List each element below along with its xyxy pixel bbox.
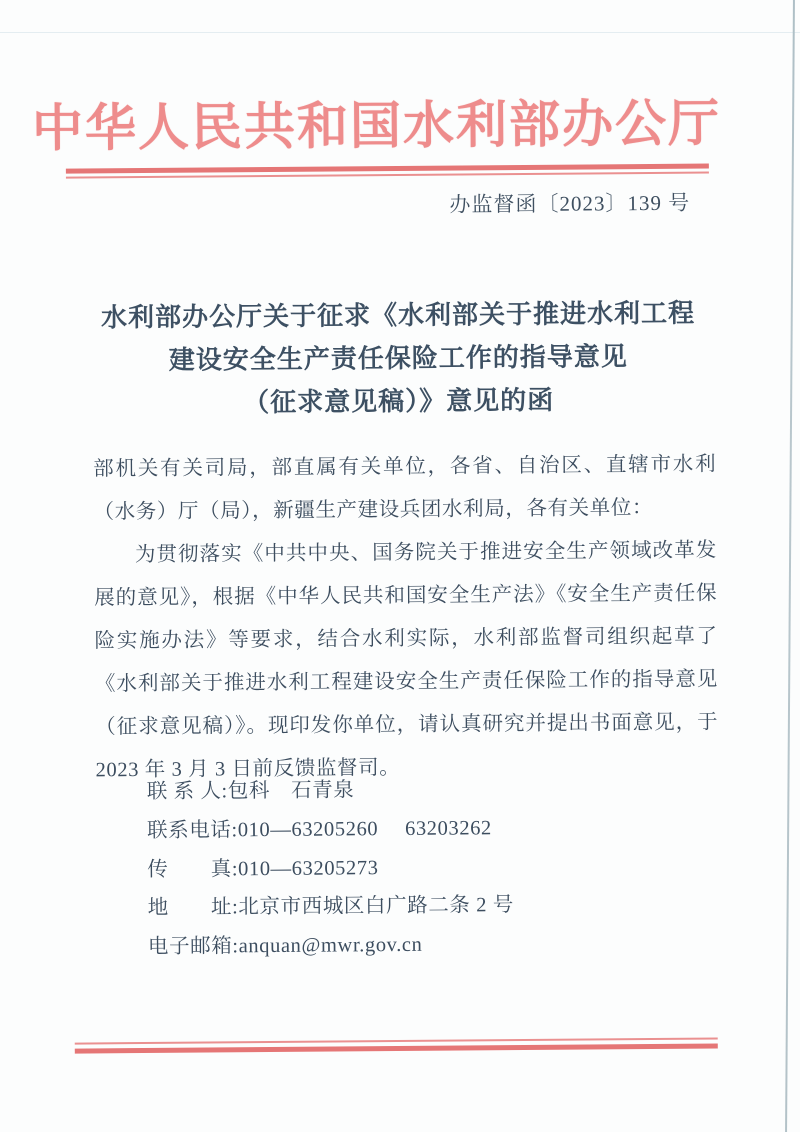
footer-rule-thick <box>75 1044 718 1054</box>
letterhead-rule <box>66 164 709 179</box>
document-body: 部机关有关司局，部直属有关单位，各省、自治区、直辖市水利（水务）厅（局），新疆生… <box>93 444 719 793</box>
contact-person-label: 联 系 人: <box>147 780 228 803</box>
contact-person-value: 包科 石青泉 <box>228 779 355 802</box>
contact-phone-value: 010—63205260 63203262 <box>238 817 492 841</box>
contact-email-value: anquan@mwr.gov.cn <box>239 934 423 957</box>
contact-address-value: 北京市西城区白广路二条 2 号 <box>238 895 514 919</box>
contact-email-row: 电子邮箱:anquan@mwr.gov.cn <box>148 924 708 967</box>
document-title-line-2: 建设安全生产责任保险工作的指导意见 <box>38 334 758 383</box>
document-title: 水利部办公厅关于征求《水利部关于推进水利工程 建设安全生产责任保险工作的指导意见… <box>38 291 759 426</box>
contact-fax-label: 传 真: <box>147 858 238 881</box>
footer-rule <box>75 1038 718 1054</box>
document-page: 中华人民共和国水利部办公厅 办监督函〔2023〕139 号 水利部办公厅关于征求… <box>0 0 800 1132</box>
letterhead-org-title: 中华人民共和国水利部办公厅 <box>0 81 757 161</box>
document-number: 办监督函〔2023〕139 号 <box>66 187 690 222</box>
document-title-line-1: 水利部办公厅关于征求《水利部关于推进水利工程 <box>38 291 758 340</box>
contact-fax-value: 010—63205273 <box>238 857 379 880</box>
contact-address-row: 地 址:北京市西城区白广路二条 2 号 <box>148 885 708 928</box>
salutation-paragraph: 部机关有关司局，部直属有关单位，各省、自治区、直辖市水利（水务）厅（局），新疆生… <box>93 444 717 535</box>
contact-person-row: 联 系 人:包科 石青泉 <box>147 769 707 812</box>
contact-phone-label: 联系电话: <box>147 819 238 842</box>
main-paragraph: 为贯彻落实《中共中央、国务院关于推进安全生产领域改革发展的意见》，根据《中华人民… <box>94 530 719 793</box>
contact-address-label: 地 址: <box>148 897 239 920</box>
document-title-line-3: （征求意见稿）》意见的函 <box>39 377 759 426</box>
contact-phone-row: 联系电话:010—63205260 63203262 <box>147 807 707 850</box>
contact-email-label: 电子邮箱: <box>148 935 239 958</box>
contact-block: 联 系 人:包科 石青泉 联系电话:010—63205260 63203262 … <box>147 769 709 967</box>
contact-fax-row: 传 真:010—63205273 <box>147 846 707 889</box>
